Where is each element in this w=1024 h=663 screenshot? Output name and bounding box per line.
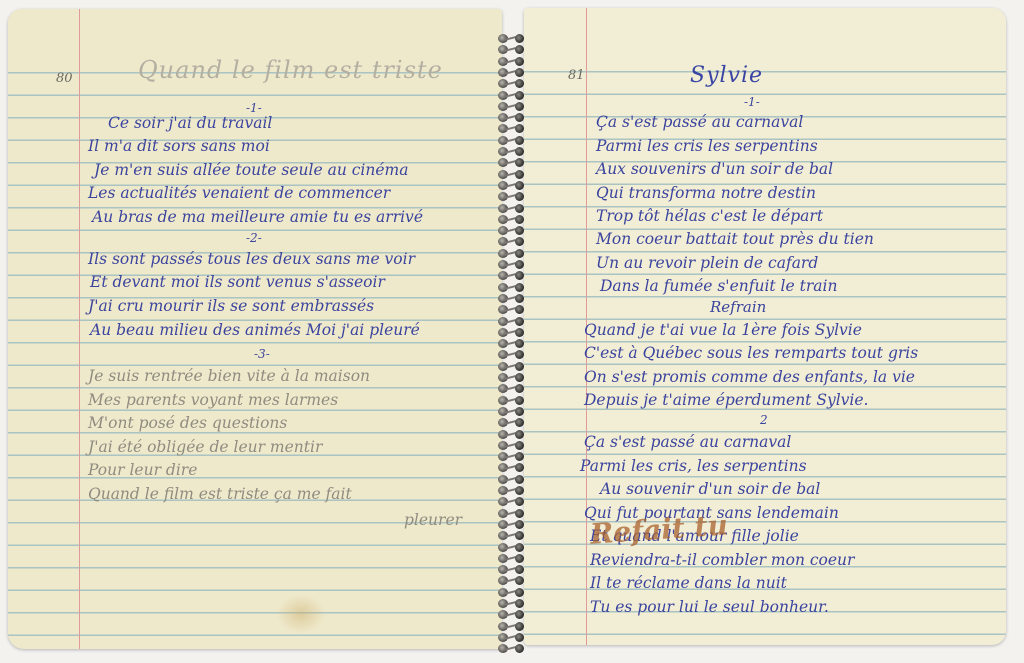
spiral-coil [498, 204, 526, 214]
spiral-coil [498, 249, 526, 259]
lyric-line: Ça s'est passé au carnaval [596, 113, 803, 131]
spiral-coil [498, 599, 526, 609]
spiral-coil [498, 486, 526, 496]
spiral-coil [498, 45, 526, 55]
red-margin-line [79, 9, 80, 649]
spiral-coil [498, 339, 526, 349]
lyric-line: Parmi les cris les serpentins [596, 137, 818, 155]
spiral-coil [498, 554, 526, 564]
spiral-coil [498, 565, 526, 575]
spiral-coil [498, 124, 526, 134]
lyric-line: pleurer [404, 511, 462, 529]
spiral-coil [498, 147, 526, 157]
lyric-line: Et devant moi ils sont venus s'asseoir [90, 273, 385, 291]
spiral-coil [498, 158, 526, 168]
stanza-number: 2 [760, 413, 768, 427]
top-margin-band [524, 8, 1006, 70]
spiral-coil [498, 441, 526, 451]
spiral-coil [498, 475, 526, 485]
spiral-coil [498, 622, 526, 632]
lyric-line: Au souvenir d'un soir de bal [600, 480, 820, 498]
left-notebook-page: 80 Quand le film est triste -1- Ce soir … [8, 9, 502, 649]
spiral-coil [498, 68, 526, 78]
page-number: 81 [568, 68, 585, 83]
spiral-coil [498, 644, 526, 654]
spiral-coil [498, 57, 526, 67]
spiral-coil [498, 136, 526, 146]
spiral-coil [498, 407, 526, 417]
spiral-coil [498, 509, 526, 519]
lyric-line: Ils sont passés tous les deux sans me vo… [88, 250, 415, 268]
refrain-label: Refrain [710, 298, 766, 316]
lyric-line: On s'est promis comme des enfants, la vi… [584, 368, 915, 386]
spiral-coil [498, 181, 526, 191]
spiral-coil [498, 215, 526, 225]
lyric-line: J'ai cru mourir ils se sont embrassés [88, 297, 374, 315]
lyric-line: Je suis rentrée bien vite à la maison [88, 367, 370, 385]
paper-stain [276, 594, 326, 634]
spiral-coil [498, 396, 526, 406]
spiral-coil [498, 113, 526, 123]
lyric-line: Les actualités venaient de commencer [88, 184, 390, 202]
spiral-coil [498, 633, 526, 643]
stanza-number: -1- [744, 95, 760, 109]
spiral-coil [498, 260, 526, 270]
spiral-coil [498, 317, 526, 327]
spiral-coil [498, 91, 526, 101]
spiral-coil [498, 418, 526, 428]
lyric-line: Pour leur dire [88, 461, 197, 479]
lyric-line: Parmi les cris, les serpentins [580, 457, 807, 475]
lyric-line: Aux souvenirs d'un soir de bal [596, 160, 833, 178]
spiral-coil [498, 520, 526, 530]
spiral-coil [498, 192, 526, 202]
lyric-line: Ce soir j'ai du travail [108, 114, 272, 132]
spiral-coil [498, 588, 526, 598]
lyric-line: Reviendra-t-il combler mon coeur [590, 551, 854, 569]
spiral-coil [498, 305, 526, 315]
spiral-coil [498, 170, 526, 180]
spiral-coil [498, 79, 526, 89]
stanza-number: -1- [246, 101, 262, 115]
lyric-line: Qui transforma notre destin [596, 184, 816, 202]
lyric-line: M'ont posé des questions [88, 414, 287, 432]
spiral-coil [498, 350, 526, 360]
spiral-coil [498, 430, 526, 440]
spiral-coil [498, 271, 526, 281]
lyric-line: Mes parents voyant mes larmes [88, 391, 338, 409]
lyric-line: Depuis je t'aime éperdument Sylvie. [584, 391, 868, 409]
lyric-line: Il m'a dit sors sans moi [88, 137, 270, 155]
lyric-line: Au bras de ma meilleure amie tu es arriv… [92, 208, 423, 226]
lyric-line: J'ai été obligée de leur mentir [88, 438, 322, 456]
spiral-coil [498, 610, 526, 620]
spiral-coil [498, 452, 526, 462]
spiral-coil [498, 531, 526, 541]
song-title: Sylvie [690, 63, 763, 88]
spiral-coil [498, 373, 526, 383]
spiral-coil [498, 543, 526, 553]
spiral-coil [498, 497, 526, 507]
spiral-coil [498, 294, 526, 304]
spiral-coil [498, 328, 526, 338]
spiral-coil [498, 237, 526, 247]
spiral-coil [498, 102, 526, 112]
lyric-line: Il te réclame dans la nuit [590, 574, 787, 592]
stanza-number: -3- [254, 347, 270, 361]
spiral-coil [498, 283, 526, 293]
spiral-coil [498, 226, 526, 236]
spiral-coil [498, 576, 526, 586]
lyric-line: Tu es pour lui le seul bonheur. [590, 598, 829, 616]
lyric-line: Je m'en suis allée toute seule au cinéma [94, 161, 408, 179]
page-number: 80 [56, 71, 73, 86]
lyric-line: Dans la fumée s'enfuit le train [600, 277, 837, 295]
lyric-line: Quand je t'ai vue la 1ère fois Sylvie [584, 321, 862, 339]
stanza-number: -2- [246, 231, 262, 245]
lyric-line: Un au revoir plein de cafard [596, 254, 818, 272]
lyric-line: Au beau milieu des animés Moi j'ai pleur… [90, 321, 420, 339]
lyric-line: Trop tôt hélas c'est le départ [596, 207, 823, 225]
lyric-line: C'est à Québec sous les remparts tout gr… [584, 344, 918, 362]
spiral-coil [498, 384, 526, 394]
song-title: Quand le film est triste [138, 56, 443, 84]
lyric-line: Quand le film est triste ça me fait [88, 485, 352, 503]
spiral-coil [498, 463, 526, 473]
lyric-line: Ça s'est passé au carnaval [584, 433, 791, 451]
right-notebook-page: 81 Sylvie -1- Ça s'est passé au carnaval… [524, 8, 1006, 645]
spiral-coil [498, 34, 526, 44]
lyric-line: Mon coeur battait tout près du tien [596, 230, 874, 248]
spiral-coil [498, 362, 526, 372]
